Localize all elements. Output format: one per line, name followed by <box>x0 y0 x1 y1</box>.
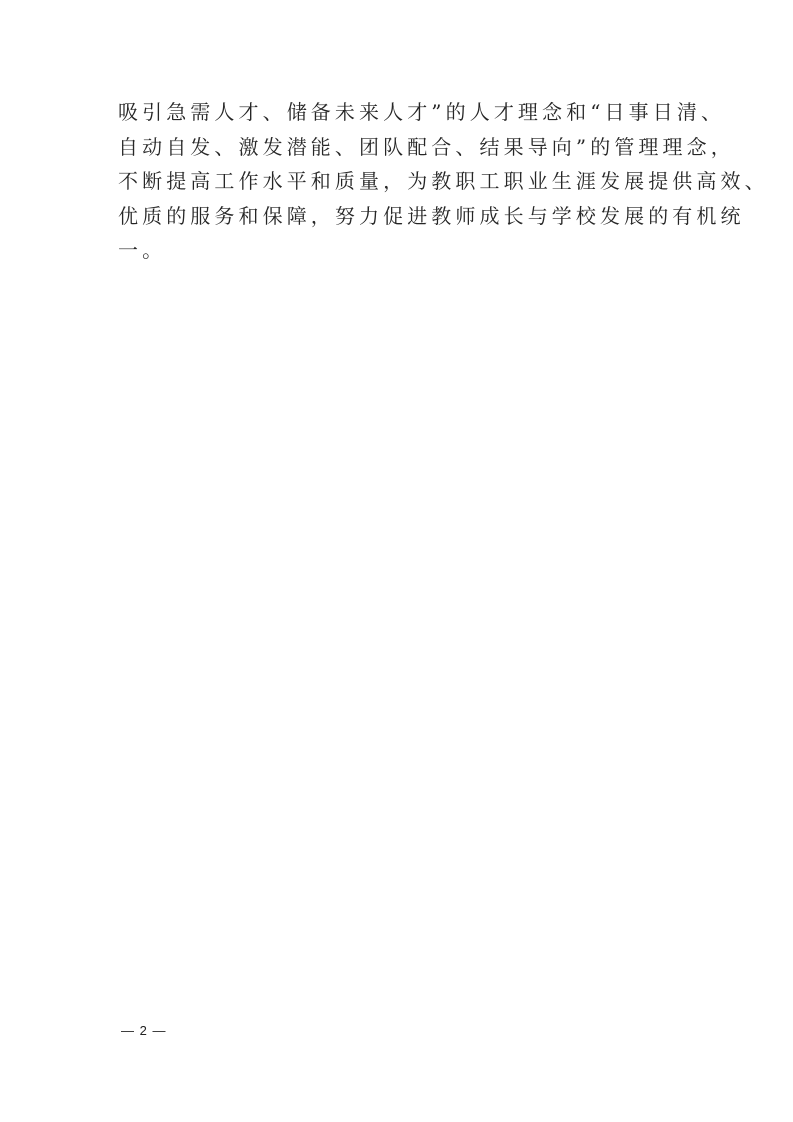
paragraph-line-2: 自动自发、激发潜能、团队配合、结果导向”的管理理念， <box>118 132 688 167</box>
paragraph-line-4: 优质的服务和保障，努力促进教师成长与学校发展的有机统 <box>118 201 688 236</box>
document-page: 吸引急需人才、储备未来人才”的人才理念和“日事日清、 自动自发、激发潜能、团队配… <box>0 0 793 1122</box>
paragraph-line-1: 吸引急需人才、储备未来人才”的人才理念和“日事日清、 <box>118 97 688 132</box>
body-paragraph: 吸引急需人才、储备未来人才”的人才理念和“日事日清、 自动自发、激发潜能、团队配… <box>118 97 688 270</box>
paragraph-line-5: 一。 <box>118 235 688 270</box>
paragraph-line-3: 不断提高工作水平和质量，为教职工职业生涯发展提供高效、 <box>118 166 688 201</box>
page-number: — 2 — <box>121 1023 166 1038</box>
